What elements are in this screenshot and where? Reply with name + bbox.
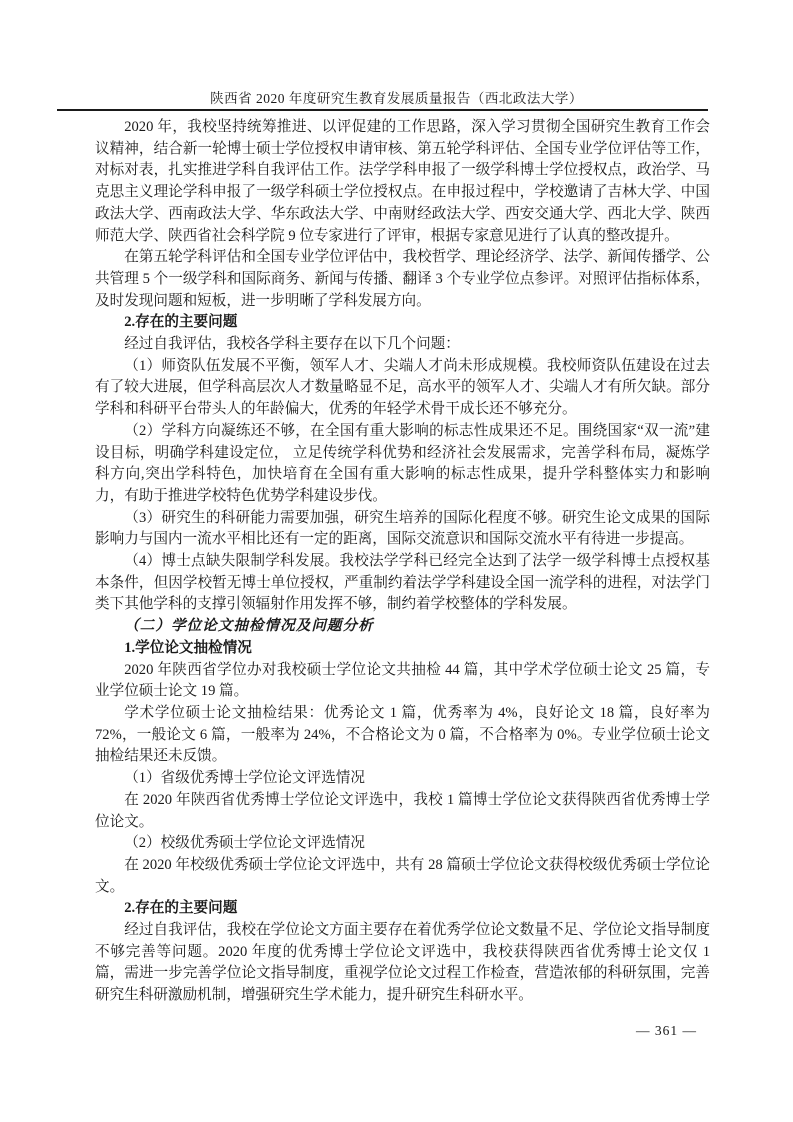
document-body: 2020 年，我校坚持统筹推进、以评促建的工作思路，深入学习贯彻全国研究生教育工… xyxy=(95,117,710,1007)
section-heading: 1.学位论文抽检情况 xyxy=(95,638,710,660)
paragraph: （3）研究生的科研能力需要加强，研究生培养的国际化程度不够。研究生论文成果的国际… xyxy=(95,508,710,551)
section-heading: 2.存在的主要问题 xyxy=(95,312,710,334)
paragraph: 2020 年，我校坚持统筹推进、以评促建的工作思路，深入学习贯彻全国研究生教育工… xyxy=(95,117,710,247)
paragraph: 经过自我评估，我校各学科主要存在以下几个问题： xyxy=(95,334,710,356)
paragraph: 2020 年陕西省学位办对我校硕士学位论文共抽检 44 篇，其中学术学位硕士论文… xyxy=(95,660,710,703)
header-rule xyxy=(57,109,708,111)
paragraph: （4）博士点缺失限制学科发展。我校法学学科已经完全达到了法学一级学科博士点授权基… xyxy=(95,551,710,616)
section-heading: 2.存在的主要问题 xyxy=(95,898,710,920)
paragraph: （2）学科方向凝练还不够，在全国有重大影响的标志性成果还不足。围绕国家“双一流”… xyxy=(95,421,710,508)
page-number: — 361 — xyxy=(636,1023,697,1039)
paragraph: 经过自我评估，我校在学位论文方面主要存在着优秀学位论文数量不足、学位论文指导制度… xyxy=(95,920,710,1007)
paragraph: 在 2020 年陕西省优秀博士学位论文评选中，我校 1 篇博士学位论文获得陕西省… xyxy=(95,790,710,833)
page-header-title: 陕西省 2020 年度研究生教育发展质量报告（西北政法大学） xyxy=(0,87,793,107)
paragraph: （1）省级优秀博士学位论文评选情况 xyxy=(95,768,710,790)
paragraph: 在 2020 年校级优秀硕士学位论文评选中，共有 28 篇硕士学位论文获得校级优… xyxy=(95,855,710,898)
paragraph: 学术学位硕士论文抽检结果：优秀论文 1 篇，优秀率为 4%，良好论文 18 篇，… xyxy=(95,703,710,768)
section-heading: （二）学位论文抽检情况及问题分析 xyxy=(95,616,710,638)
paragraph: （1）师资队伍发展不平衡，领军人才、尖端人才尚未形成规模。我校师资队伍建设在过去… xyxy=(95,356,710,421)
report-page: 陕西省 2020 年度研究生教育发展质量报告（西北政法大学） 2020 年，我校… xyxy=(0,0,793,1122)
paragraph: 在第五轮学科评估和全国专业学位评估中，我校哲学、理论经济学、法学、新闻传播学、公… xyxy=(95,247,710,312)
paragraph: （2）校级优秀硕士学位论文评选情况 xyxy=(95,833,710,855)
